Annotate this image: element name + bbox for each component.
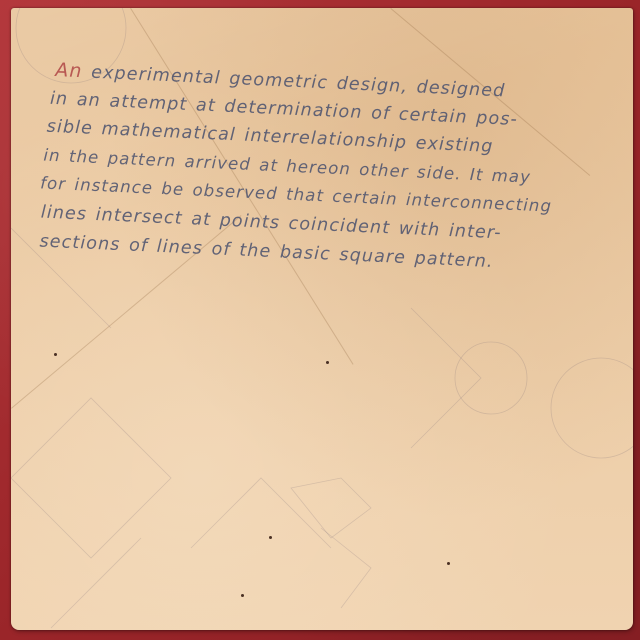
red-initial: An: [55, 59, 83, 82]
paper-speck: [326, 361, 329, 364]
paper-speck: [54, 353, 57, 356]
paper-speck: [447, 562, 450, 565]
paper-speck: [241, 594, 244, 597]
handwritten-note: An experimental geometric design, design…: [47, 56, 616, 281]
paper-speck: [269, 536, 272, 539]
